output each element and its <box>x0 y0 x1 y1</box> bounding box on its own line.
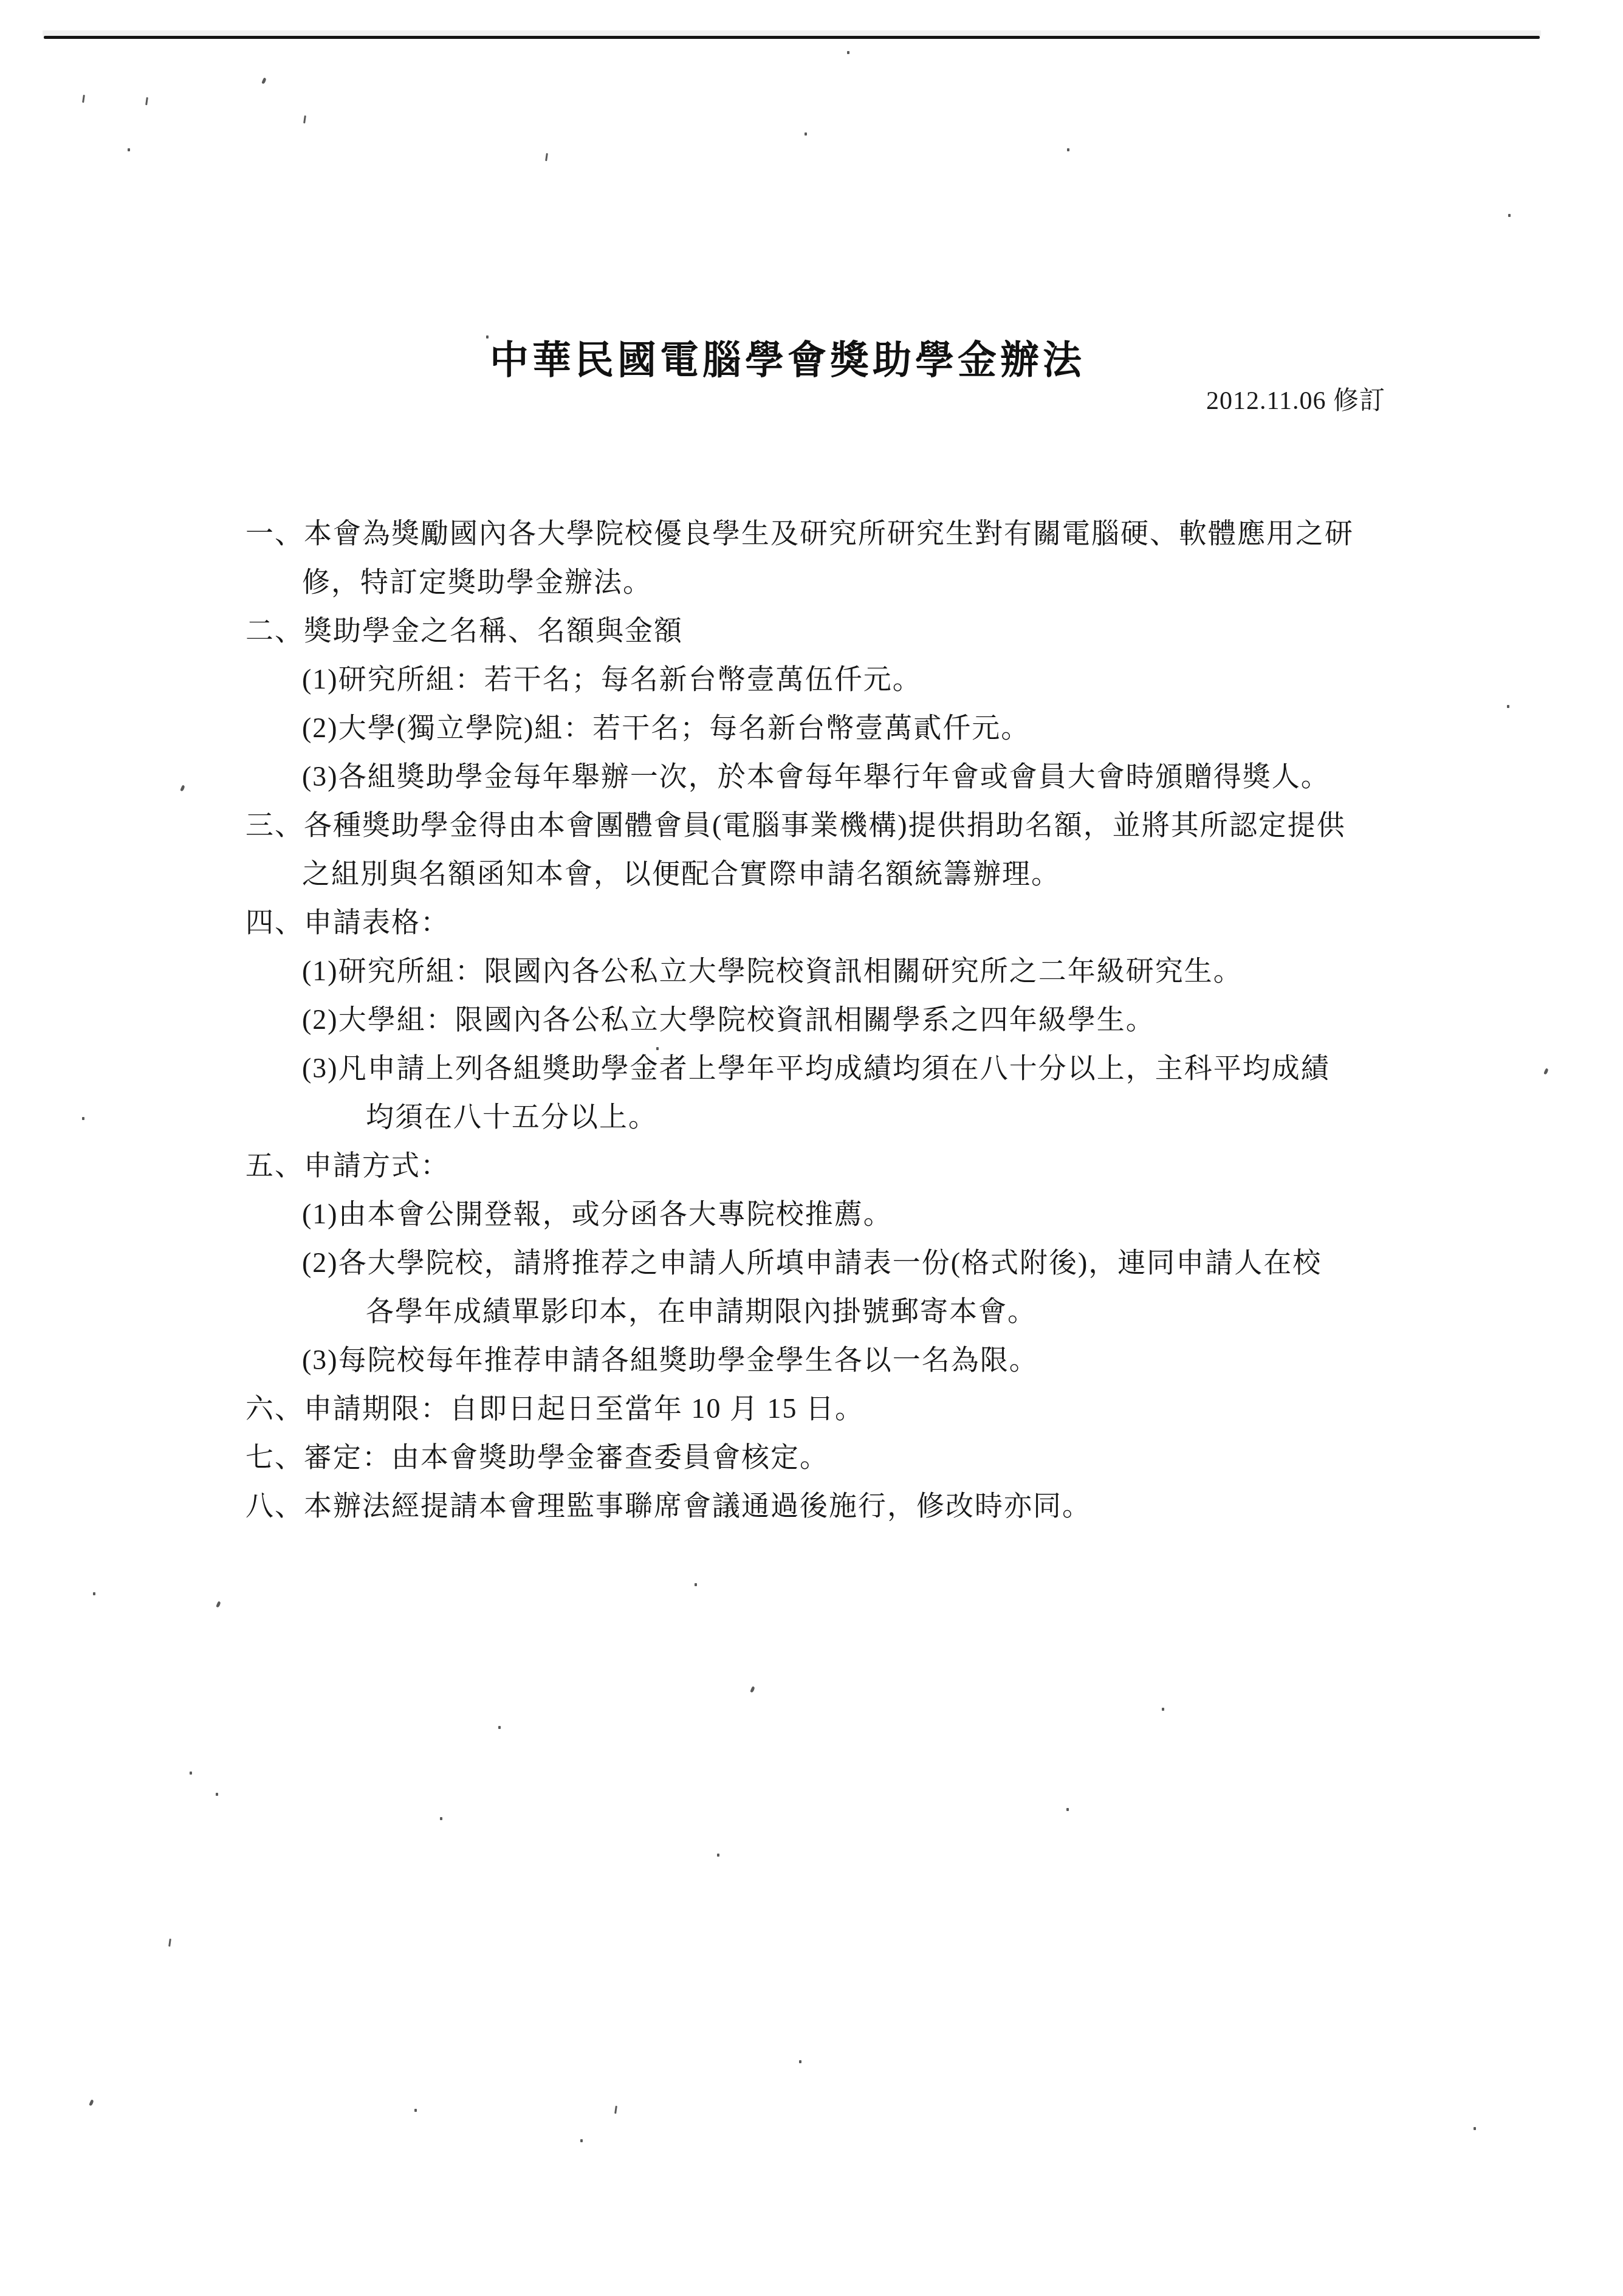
scan-speckle <box>82 1117 84 1120</box>
revision-date: 2012.11.06 修訂 <box>1206 385 1385 417</box>
document-line: 七、審定：由本會獎助學金審查委員會核定。 <box>0 1433 1623 1482</box>
scan-speckle <box>614 2106 617 2114</box>
scan-speckle <box>342 1257 345 1260</box>
document-line: 三、各種獎助學金得由本會團體會員(電腦事業機構)提供捐助名額，並將其所認定提供 <box>0 801 1623 850</box>
document-line: 一、本會為獎勵國內各大學院校優良學生及研究所研究生對有關電腦硬、軟體應用之研 <box>0 509 1623 558</box>
document-body: 一、本會為獎勵國內各大學院校優良學生及研究所研究生對有關電腦硬、軟體應用之研修，… <box>0 509 1623 1530</box>
scan-speckle <box>805 132 807 136</box>
scan-speckle <box>1474 2127 1476 2130</box>
scan-speckle <box>128 148 130 151</box>
scan-speckle <box>656 1047 659 1050</box>
scan-speckle <box>1508 214 1511 217</box>
scan-speckle <box>261 77 267 84</box>
scan-speckle <box>168 1939 171 1947</box>
scan-speckle <box>190 1772 192 1775</box>
scan-edge-halo <box>43 30 1541 36</box>
scan-speckle <box>1066 1808 1069 1811</box>
scan-speckle <box>498 1726 501 1729</box>
scan-speckle <box>145 97 148 105</box>
scan-speckle <box>545 153 548 161</box>
scan-speckle <box>93 1592 95 1595</box>
scan-speckle <box>216 1793 218 1796</box>
document-line: 五、申請方式： <box>0 1141 1623 1190</box>
scan-speckle <box>1507 705 1509 708</box>
document-line: 各學年成績單影印本，在申請期限內掛號郵寄本會。 <box>0 1287 1623 1336</box>
document-line: (2)大學組：限國內各公私立大學院校資訊相關學系之四年級學生。 <box>0 995 1623 1044</box>
scan-speckle <box>1162 1708 1164 1711</box>
document-line: 之組別與名額函知本會，以便配合實際申請名額統籌辦理。 <box>0 850 1623 898</box>
scan-speckle <box>414 2109 417 2112</box>
scan-speckle <box>89 2099 94 2106</box>
scan-speckle <box>778 1265 780 1268</box>
scan-speckle <box>750 1686 755 1693</box>
document-line: (1)研究所組：若干名；每名新台幣壹萬伍仟元。 <box>0 655 1623 704</box>
scan-speckle <box>303 115 306 123</box>
scan-speckle <box>440 1817 442 1820</box>
scan-speckle <box>717 1854 719 1857</box>
scan-speckle <box>486 335 489 339</box>
document-line: 修，特訂定獎助學金辦法。 <box>0 558 1623 607</box>
document-line: 均須在八十五分以上。 <box>0 1093 1623 1141</box>
scanned-document-page: 中華民國電腦學會獎助學金辦法 2012.11.06 修訂 一、本會為獎勵國內各大… <box>0 0 1623 2296</box>
document-line: (3)各組獎助學金每年舉辦一次，於本會每年舉行年會或會員大會時頒贈得獎人。 <box>0 752 1623 801</box>
scan-speckle <box>1067 148 1069 151</box>
document-line: (1)由本會公開登報，或分函各大專院校推薦。 <box>0 1190 1623 1239</box>
scan-speckle <box>216 1601 221 1607</box>
scan-speckle <box>82 95 85 103</box>
scan-speckle <box>799 2060 801 2063</box>
document-line: (1)研究所組：限國內各公私立大學院校資訊相關研究所之二年級研究生。 <box>0 947 1623 995</box>
scan-speckle <box>847 51 849 54</box>
document-title: 中華民國電腦學會獎助學金辦法 <box>490 333 1085 388</box>
document-line: (3)凡申請上列各組獎助學金者上學年平均成績均須在八十分以上，主科平均成績 <box>0 1044 1623 1093</box>
document-line: (3)每院校每年推荐申請各組獎助學金學生各以一名為限。 <box>0 1336 1623 1384</box>
document-line: (2)各大學院校，請將推荐之申請人所填申請表一份(格式附後)，連同申請人在校 <box>0 1239 1623 1287</box>
document-line: 六、申請期限：自即日起日至當年 10 月 15 日。 <box>0 1384 1623 1433</box>
document-line: 四、申請表格： <box>0 898 1623 947</box>
scan-edge-line <box>44 36 1540 39</box>
document-line: 二、獎助學金之名稱、名額與金額 <box>0 607 1623 655</box>
document-line: 八、本辦法經提請本會理監事聯席會議通過後施行，修改時亦同。 <box>0 1482 1623 1530</box>
scan-speckle <box>695 1583 697 1586</box>
document-line: (2)大學(獨立學院)組：若干名；每名新台幣壹萬貳仟元。 <box>0 704 1623 752</box>
scan-speckle <box>580 2139 583 2142</box>
